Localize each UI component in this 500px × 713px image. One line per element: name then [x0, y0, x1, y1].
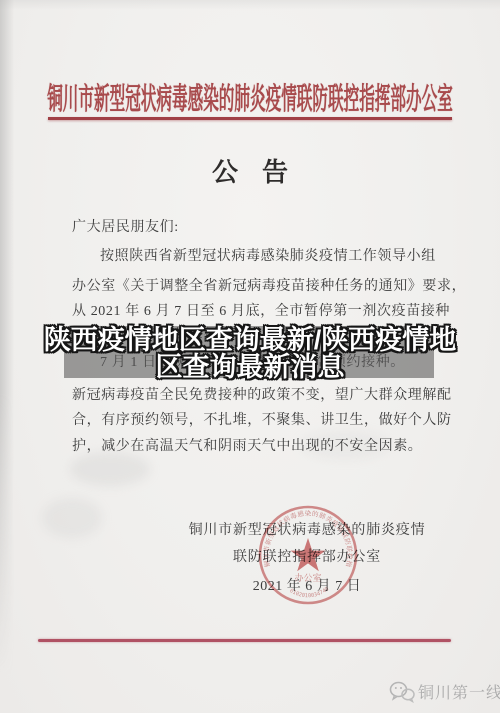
photo-edge-shadow-left [0, 0, 14, 713]
caption-overlay-text: 陕西疫情地区查询最新/陕西疫情地 区查询最新消息 [40, 327, 460, 381]
paper-smudge [70, 452, 150, 486]
body-line: 合，有序预约领号，不扎堆，不聚集、讲卫生，做好个人防 [72, 409, 452, 429]
watermark-source-name: 铜川第一线 [418, 680, 500, 703]
source-watermark: 铜川第一线 [389, 680, 500, 703]
body-line: 从 2021 年 6 月 7 日至 6 月底，全市暂停第一剂次疫苗接种 [72, 300, 450, 320]
body-line: 办公室《关于调整全省新冠病毒疫苗接种任务的通知》要求， [72, 275, 466, 295]
official-red-seal-icon: 铜川市新型冠状病毒感染的肺炎疫情联防联控指挥部 办公室 610201003474… [255, 502, 361, 608]
wechat-icon [389, 681, 415, 703]
caption-line-1: 陕西疫情地区查询最新/陕西疫情地 [40, 327, 460, 354]
document-photo: 铜川市新型冠状病毒感染的肺炎疫情联防联控指挥部办公室 公告 广大居民朋友们: 按… [0, 0, 500, 713]
photo-edge-shadow-top [0, 0, 500, 10]
svg-text:6102010034749: 6102010034749 [288, 586, 330, 599]
body-line: 新冠病毒疫苗全民免费接种的政策不变，望广大群众理解配 [72, 384, 452, 404]
body-line: 护，减少在高温天气和阴雨天气中出现的不安全因素。 [72, 435, 422, 455]
body-line: 按照陕西省新型冠状病毒感染肺炎疫情工作领导小组 [100, 245, 436, 265]
letterhead-underline [48, 117, 452, 120]
caption-line-2: 区查询最新消息 [40, 354, 460, 381]
seal-star-icon [291, 538, 326, 571]
seal-code: 6102010034749 [288, 586, 330, 599]
document-title: 公告 [0, 152, 500, 189]
seal-inner-text: 办公室 [294, 572, 321, 583]
salutation-line: 广大居民朋友们: [72, 216, 179, 236]
letterhead-title: 铜川市新型冠状病毒感染的肺炎疫情联防联控指挥部办公室 [42, 74, 458, 118]
paper-smudge [42, 498, 102, 538]
letterhead-bottom-rule [38, 639, 451, 642]
